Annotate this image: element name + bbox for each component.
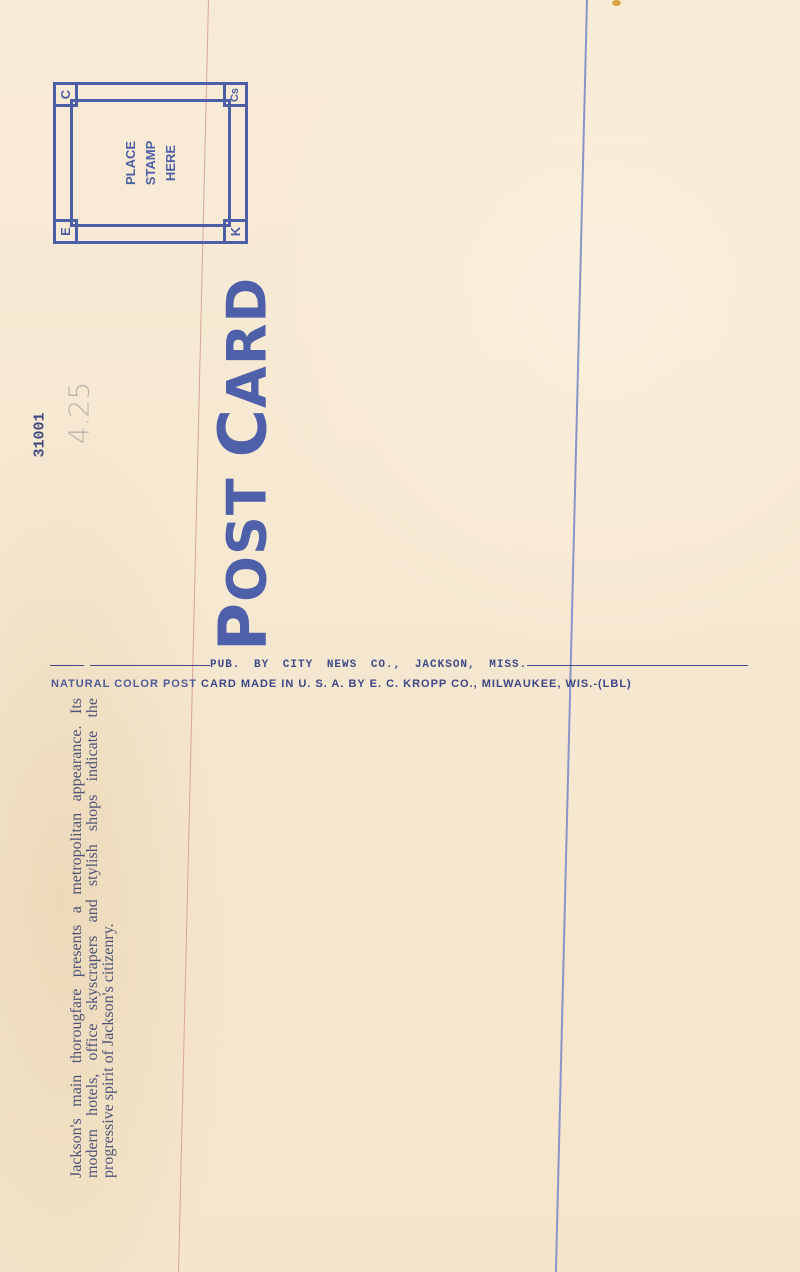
rule-left-long xyxy=(90,665,210,666)
catalog-number: 31001 xyxy=(32,412,49,457)
stamp-corner-top-left: C xyxy=(56,85,78,107)
stamp-corner-bottom-left: E xyxy=(56,219,78,241)
card-description: Jackson's main thorougfare presents a me… xyxy=(69,698,117,1178)
stamp-instruction: PLACE STAMP HERE xyxy=(121,141,181,186)
stamp-corner-bottom-right: K xyxy=(223,219,245,241)
rule-right xyxy=(527,665,748,666)
paper-stain xyxy=(612,0,621,6)
stamp-box: C Cs E K PLACE STAMP HERE xyxy=(53,82,248,244)
address-divider-line xyxy=(555,0,588,1272)
manufacturer-line: NATURAL COLOR POST CARD MADE IN U. S. A.… xyxy=(51,678,632,690)
post-card-title: POST CARD xyxy=(205,277,282,651)
pencil-price: 4.25 xyxy=(63,382,96,444)
publisher-line: PUB. BY CITY NEWS CO., JACKSON, MISS. xyxy=(50,658,748,672)
stamp-corner-top-right: Cs xyxy=(223,85,245,107)
rule-left-short xyxy=(50,665,84,666)
